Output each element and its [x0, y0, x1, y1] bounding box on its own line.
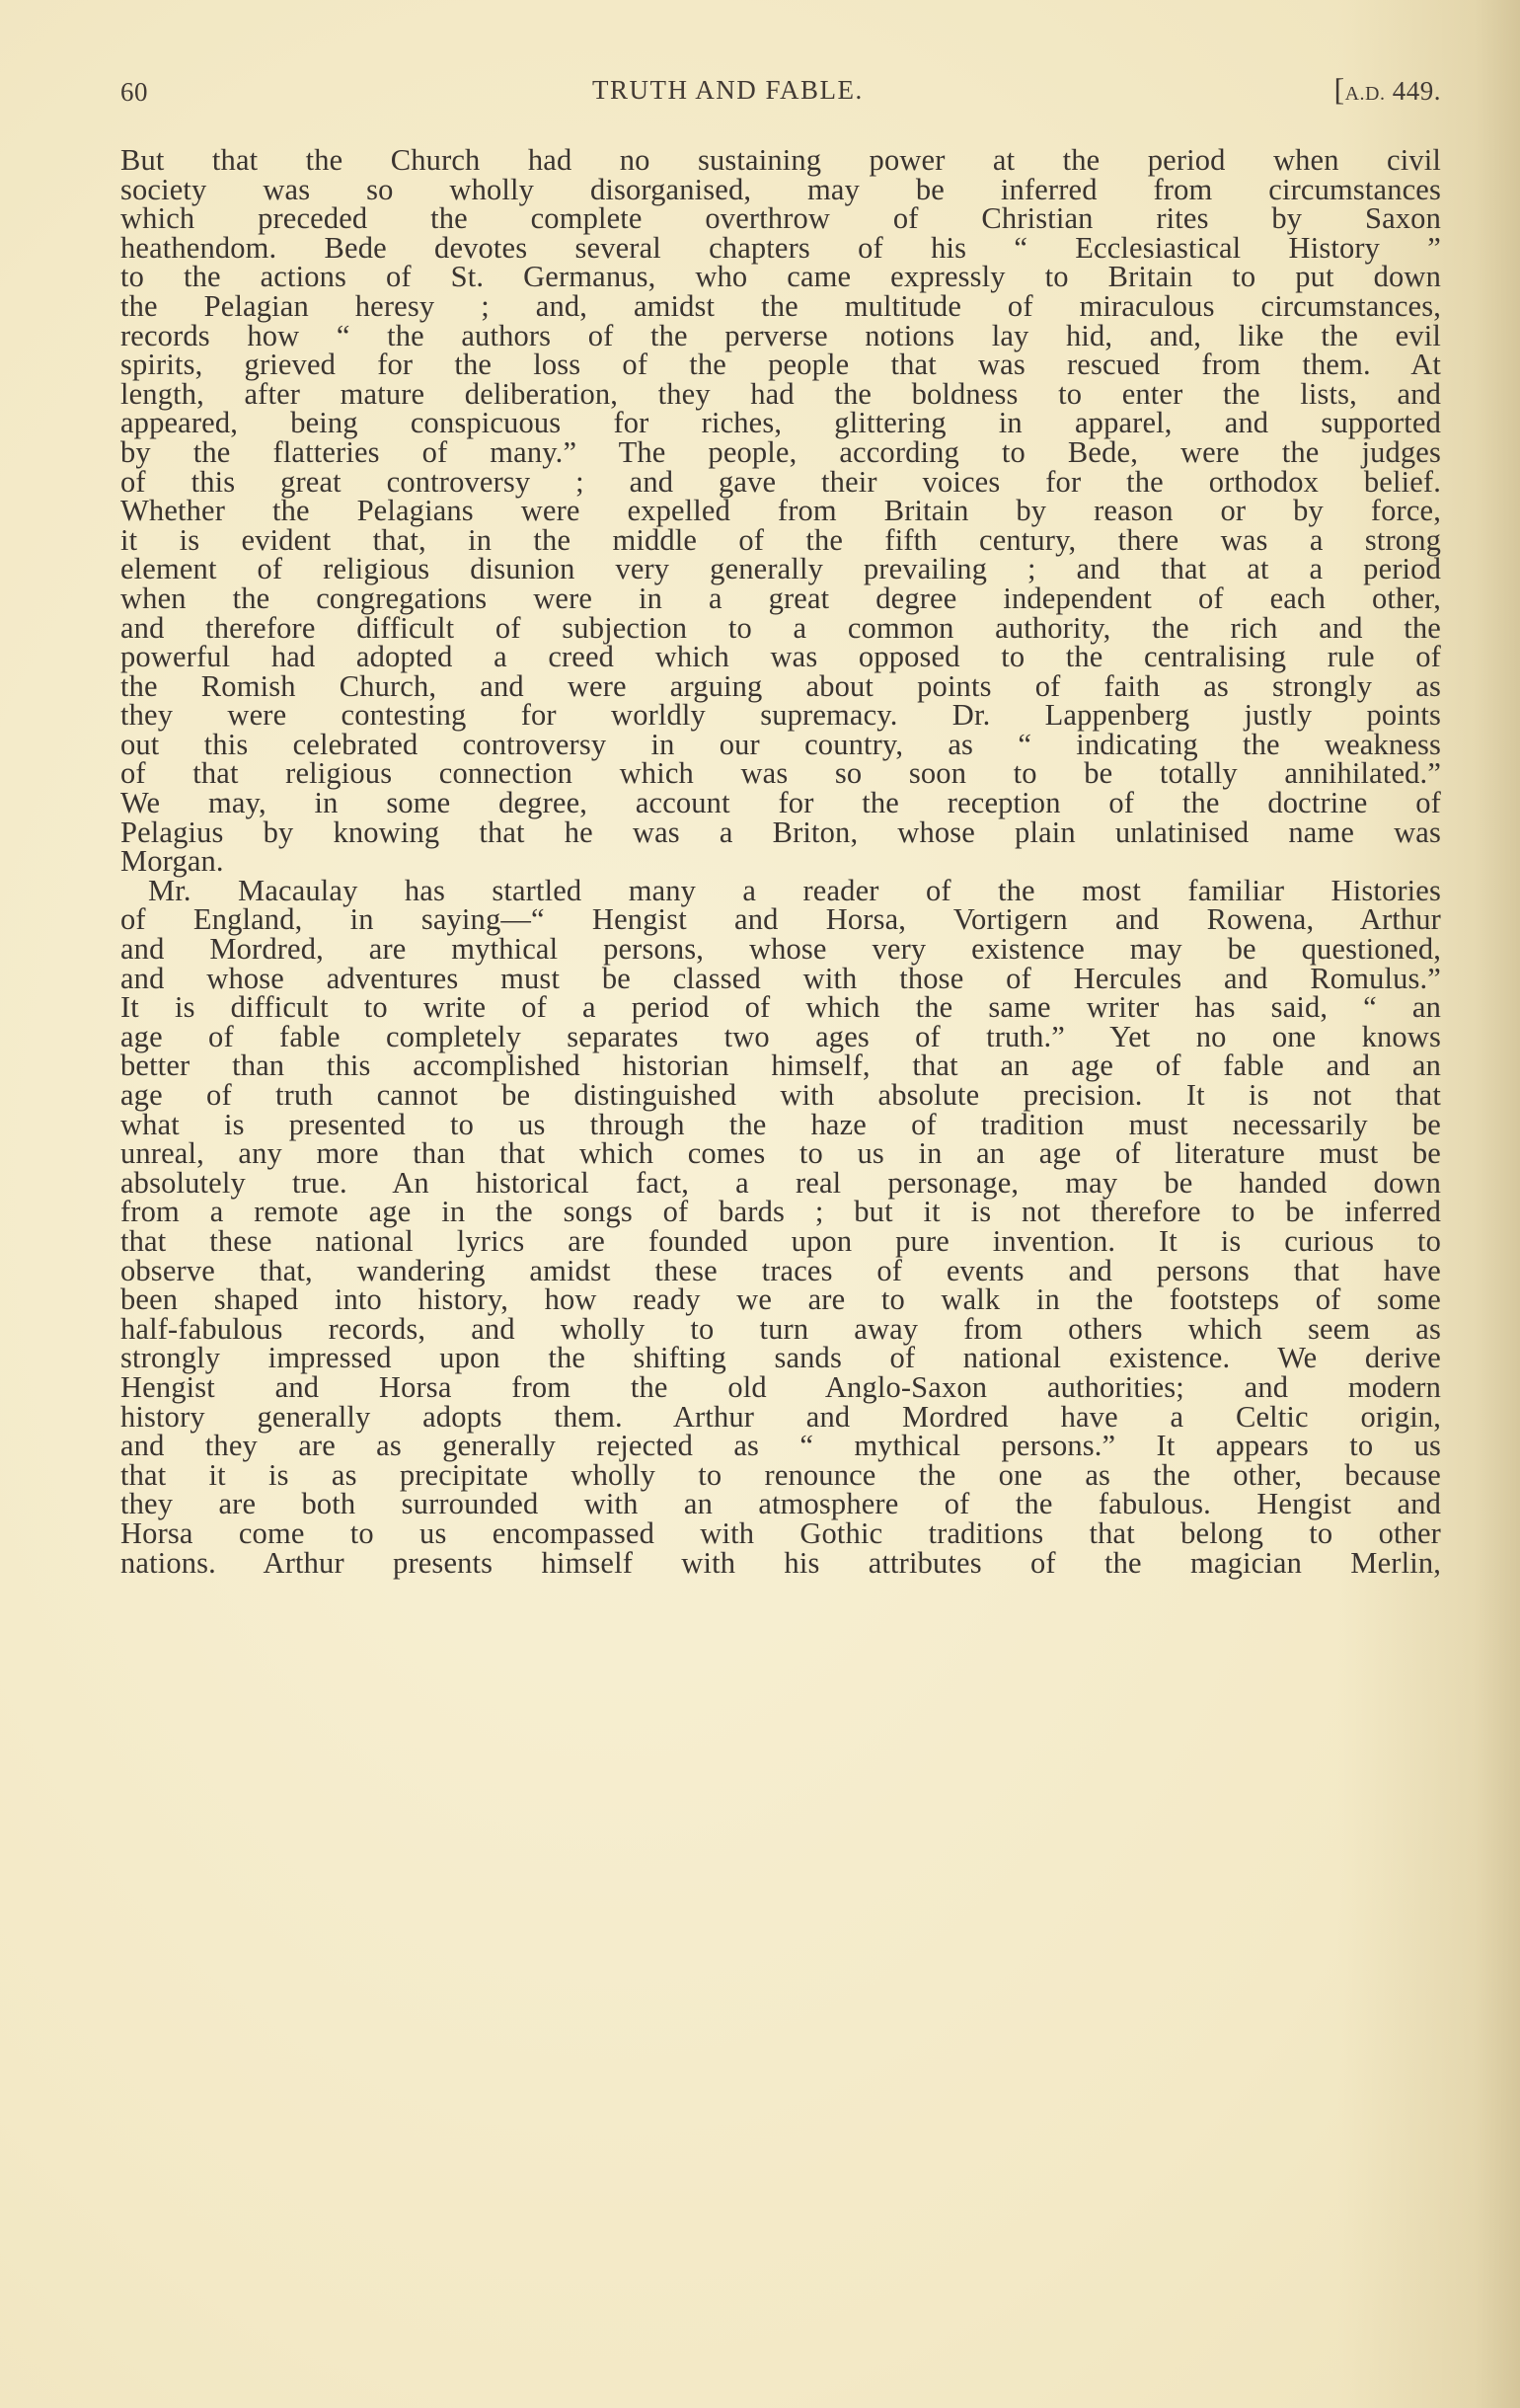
text-line: history generally adopts them. Arthur an… [120, 1403, 1441, 1433]
text-line: society was so wholly disorganised, may … [120, 176, 1441, 205]
text-line: powerful had adopted a creed which was o… [120, 643, 1441, 672]
text-line: of that religious connection which was s… [120, 759, 1441, 789]
text-line: it is evident that, in the middle of the… [120, 526, 1441, 556]
text-line: out this celebrated controversy in our c… [120, 731, 1441, 760]
text-line: they are both surrounded with an atmosph… [120, 1490, 1441, 1519]
text-line: by the flatteries of many.” The people, … [120, 438, 1441, 468]
text-line: We may, in some degree, account for the … [120, 789, 1441, 818]
text-line: of England, in saying—“ Hengist and Hors… [120, 905, 1441, 935]
text-line: age of fable completely separates two ag… [120, 1023, 1441, 1052]
text-line: the Pelagian heresy ; and, amidst the mu… [120, 292, 1441, 322]
text-line: appeared, being conspicuous for riches, … [120, 409, 1441, 438]
text-line: which preceded the complete overthrow of… [120, 204, 1441, 234]
text-line: Mr. Macaulay has startled many a reader … [120, 877, 1441, 906]
text-line: spirits, grieved for the loss of the peo… [120, 350, 1441, 380]
text-line: records how “ the authors of the pervers… [120, 322, 1441, 351]
text-line: strongly impressed upon the shifting san… [120, 1344, 1441, 1373]
paragraph-1: But that the Church had no sustaining po… [120, 146, 1441, 877]
text-line: observe that, wandering amidst these tra… [120, 1257, 1441, 1286]
text-line: and they are as generally rejected as “ … [120, 1432, 1441, 1461]
text-line: from a remote age in the songs of bards … [120, 1198, 1441, 1227]
text-line: age of truth cannot be distinguished wit… [120, 1081, 1441, 1111]
text-line: Morgan. [120, 847, 1441, 877]
text-line: they were contesting for worldly suprema… [120, 701, 1441, 731]
text-line: that these national lyrics are founded u… [120, 1227, 1441, 1257]
page-number: 60 [120, 77, 148, 108]
book-page: 60 TRUTH AND FABLE. [A.D. 449. But that … [120, 69, 1441, 1578]
text-line: when the congregations were in a great d… [120, 584, 1441, 614]
text-line: and whose adventures must be classed wit… [120, 965, 1441, 994]
text-line: of this great controversy ; and gave the… [120, 468, 1441, 498]
paragraph-2: Mr. Macaulay has startled many a reader … [120, 877, 1441, 1578]
text-line: half-fabulous records, and wholly to tur… [120, 1315, 1441, 1345]
text-line: heathendom. Bede devotes several chapter… [120, 234, 1441, 264]
text-line: length, after mature deliberation, they … [120, 380, 1441, 410]
text-line: Whether the Pelagians were expelled from… [120, 497, 1441, 526]
text-line: Pelagius by knowing that he was a Briton… [120, 818, 1441, 848]
text-line: Horsa come to us encompassed with Gothic… [120, 1519, 1441, 1549]
text-line: element of religious disunion very gener… [120, 555, 1441, 584]
text-line: been shaped into history, how ready we a… [120, 1285, 1441, 1315]
text-line: that it is as precipitate wholly to reno… [120, 1461, 1441, 1491]
date-year: 449. [1393, 76, 1441, 106]
body-text: But that the Church had no sustaining po… [120, 146, 1441, 1578]
running-head: 60 TRUTH AND FABLE. [A.D. 449. [120, 69, 1441, 126]
text-line: Hengist and Horsa from the old Anglo-Sax… [120, 1373, 1441, 1403]
text-line: to the actions of St. Germanus, who came… [120, 263, 1441, 292]
text-line: unreal, any more than that which comes t… [120, 1139, 1441, 1169]
text-line: what is presented to us through the haze… [120, 1111, 1441, 1140]
date-prefix: A.D. [1345, 83, 1386, 105]
text-line: It is difficult to write of a period of … [120, 993, 1441, 1023]
text-line: nations. Arthur presents himself with hi… [120, 1549, 1441, 1579]
text-line: better than this accomplished historian … [120, 1051, 1441, 1081]
text-line: and therefore difficult of subjection to… [120, 614, 1441, 644]
text-line: and Mordred, are mythical persons, whose… [120, 935, 1441, 965]
date-marker: [A.D. 449. [1333, 71, 1441, 108]
date-bracket: [ [1333, 71, 1344, 107]
text-line: absolutely true. An historical fact, a r… [120, 1169, 1441, 1199]
running-title: TRUTH AND FABLE. [592, 75, 864, 106]
text-line: But that the Church had no sustaining po… [120, 146, 1441, 176]
text-line: the Romish Church, and were arguing abou… [120, 672, 1441, 702]
